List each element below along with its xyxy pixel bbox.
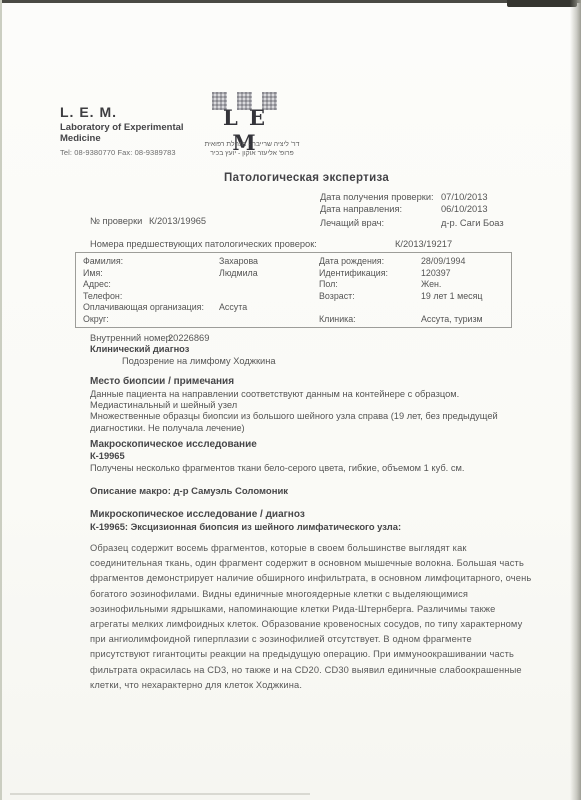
- lab-contact: Tel: 08-9380770 Fax: 08-9389783: [60, 148, 184, 157]
- biopsy-heading: Место биопсии / примечания: [90, 376, 234, 387]
- patient-row-age: Возраст: 19 лет 1 месяц: [319, 291, 509, 303]
- meta-row-received: Дата получения проверки: 07/10/2013: [320, 192, 530, 204]
- patient-row-payer: Оплачивающая организация: Ассута: [83, 302, 319, 314]
- patient-left-column: Фамилия: Захарова Имя: Людмила Адрес: Те…: [83, 256, 319, 326]
- patient-info-box: Фамилия: Захарова Имя: Людмила Адрес: Те…: [75, 252, 512, 328]
- check-number-line: № проверки К/2013/19965: [90, 216, 206, 226]
- meta-value: д-р. Саги Боаз: [441, 218, 504, 228]
- patient-row-surname: Фамилия: Захарова: [83, 256, 319, 268]
- biopsy-line: Множественные образцы биопсии из большог…: [90, 411, 510, 434]
- field-value: Ассута: [219, 302, 247, 314]
- lab-letterhead: L. E. M. Laboratory of Experimental Medi…: [60, 104, 184, 157]
- previous-checks-label: Номера предшествующих патологических про…: [90, 239, 317, 249]
- internal-number-label: Внутренний номер:: [90, 333, 173, 343]
- field-label: [319, 302, 421, 314]
- patient-row-clinic: Клиника: Ассута, туризм: [319, 314, 509, 326]
- previous-checks-value: К/2013/19217: [395, 239, 452, 249]
- patient-right-column: Дата рождения: 28/09/1994 Идентификация:…: [319, 256, 509, 326]
- meta-label: Дата получения проверки:: [320, 192, 434, 202]
- field-value: Ассута, туризм: [421, 314, 483, 326]
- macro-code: К-19965: [90, 451, 125, 461]
- field-value: 28/09/1994: [421, 256, 465, 268]
- internal-number-value: 20226869: [168, 333, 209, 343]
- field-label: Округ:: [83, 314, 219, 326]
- lab-subtitle-line1: Laboratory of Experimental: [60, 122, 184, 133]
- lab-subtitle-line2: Medicine: [60, 133, 184, 144]
- macro-author: Описание макро: д-р Самуэль Соломоник: [90, 486, 288, 497]
- meta-label: Лечащий врач:: [320, 218, 384, 228]
- field-label: Имя:: [83, 268, 219, 280]
- patient-row-name: Имя: Людмила: [83, 268, 319, 280]
- patient-row-sex: Пол: Жен.: [319, 279, 509, 291]
- field-label: Дата рождения:: [319, 256, 421, 268]
- field-label: Оплачивающая организация:: [83, 302, 219, 314]
- document-title: Патологическая экспертиза: [224, 172, 389, 184]
- hebrew-consultant-line: פרופ' אליעזר אוקון - יועץ בכיר: [188, 150, 316, 159]
- field-label: Фамилия:: [83, 256, 219, 268]
- check-number-value: К/2013/19965: [149, 216, 206, 226]
- hebrew-director-line: דר' ליציה שרייבר - מנהלת רפואית: [188, 141, 316, 150]
- field-label: Возраст:: [319, 291, 421, 303]
- patient-row-birthdate: Дата рождения: 28/09/1994: [319, 256, 509, 268]
- patient-row-address: Адрес:: [83, 279, 319, 291]
- field-value: Людмила: [219, 268, 258, 280]
- scan-edge-top-right: [507, 0, 577, 7]
- scan-edge-left: [0, 0, 2, 800]
- field-label: Телефон:: [83, 291, 219, 303]
- patient-row-empty: [319, 302, 509, 314]
- macro-text: Получены несколько фрагментов ткани бело…: [90, 463, 535, 475]
- check-number-label: № проверки: [90, 216, 142, 226]
- biopsy-line: Медиастинальный и шейный узел: [90, 400, 535, 412]
- field-value: 19 лет 1 месяц: [421, 291, 482, 303]
- micro-subheading: К-19965: Эксцизионная биопсия из шейного…: [90, 521, 401, 532]
- scan-edge-top: [0, 0, 581, 3]
- macro-heading: Макроскопическое исследование: [90, 439, 257, 450]
- meta-row-referral: Дата направления: 06/10/2013: [320, 204, 530, 216]
- clinical-diagnosis-heading: Клинический диагноз: [90, 344, 189, 354]
- field-value: Захарова: [219, 256, 258, 268]
- biopsy-line: Данные пациента на направлении соответст…: [90, 389, 535, 401]
- field-label: Адрес:: [83, 279, 219, 291]
- scanned-pathology-report: L. E. M. Laboratory of Experimental Medi…: [0, 0, 581, 800]
- field-label: Пол:: [319, 279, 421, 291]
- meta-value: 07/10/2013: [441, 192, 488, 202]
- meta-value: 06/10/2013: [441, 204, 488, 214]
- scan-edge-right: [570, 0, 581, 800]
- micro-heading: Микроскопическое исследование / диагноз: [90, 509, 305, 520]
- field-label: Идентификация:: [319, 268, 421, 280]
- clinical-diagnosis-text: Подозрение на лимфому Ходжкина: [122, 356, 276, 366]
- patient-row-district: Округ:: [83, 314, 319, 326]
- scan-edge-bottom: [10, 793, 310, 795]
- patient-row-phone: Телефон:: [83, 291, 319, 303]
- field-label: Клиника:: [319, 314, 421, 326]
- micro-body: Образец содержит восемь фрагментов, кото…: [90, 541, 534, 693]
- patient-row-id: Идентификация: 120397: [319, 268, 509, 280]
- meta-row-physician: Лечащий врач: д-р. Саги Боаз: [320, 218, 530, 230]
- field-value: 120397: [421, 268, 451, 280]
- meta-label: Дата направления:: [320, 204, 402, 214]
- field-value: Жен.: [421, 279, 441, 291]
- lab-name: L. E. M.: [60, 104, 184, 120]
